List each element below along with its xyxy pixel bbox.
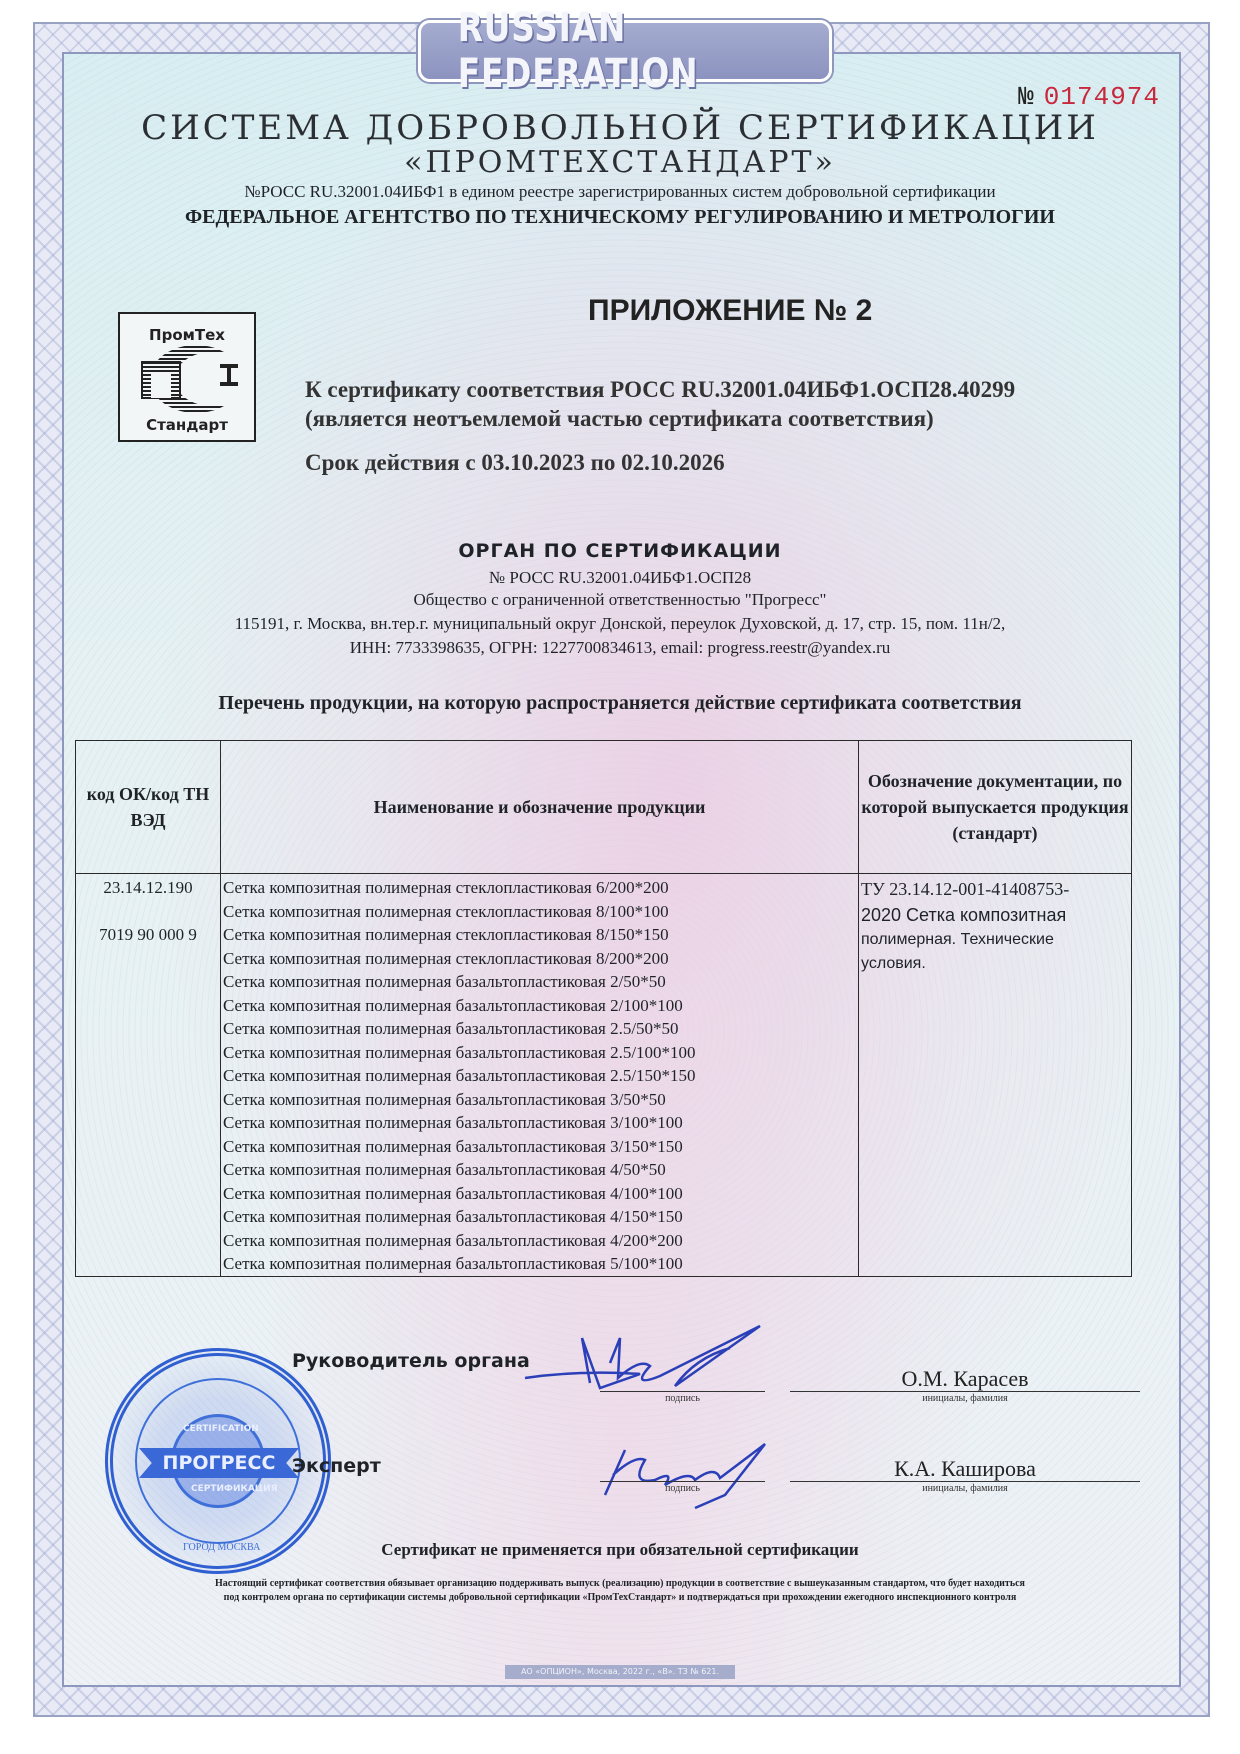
expert-name-caption: инициалы, фамилия [790,1483,1140,1494]
table-row: 23.14.12.190 7019 90 000 9 Сетка компози… [76,874,1132,1277]
banner-text: RUSSIAN FEDERATION [458,5,793,97]
list-item: Сетка композитная полимерная базальтопла… [223,994,858,1018]
system-name: «ПРОМТЕХСТАНДАРТ» [0,145,1240,180]
tnved-code: 7019 90 000 9 [77,923,219,947]
list-item: Сетка композитная полимерная стеклопласт… [223,947,858,971]
expert-label: Эксперт [292,1455,381,1477]
logo-icon: ПромТех Стандарт [120,314,254,440]
fine-print-line2: под контролем органа по сертификации сис… [0,1591,1240,1605]
list-item: Сетка композитная полимерная базальтопла… [223,1158,858,1182]
list-item: Сетка композитная полимерная базальтопла… [223,1205,858,1229]
promtechstandart-logo: ПромТех Стандарт [118,312,256,442]
header-code: код ОК/код ТН ВЭД [76,741,221,874]
list-item: Сетка композитная полимерная базальтопла… [223,1111,858,1135]
certification-body-heading: ОРГАН ПО СЕРТИФИКАЦИИ [0,540,1240,562]
cert-ref-line2: (является неотъемлемой частью сертификат… [305,404,1015,433]
head-label: Руководитель органа [292,1350,530,1372]
mandatory-note: Сертификат не применяется при обязательн… [0,1540,1240,1560]
head-name: О.М. Карасев [790,1366,1140,1392]
certification-body-number: № РОСС RU.32001.04ИБФ1.ОСП28 [0,568,1240,588]
list-item: Сетка композитная полимерная базальтопла… [223,1252,858,1276]
header-name: Наименование и обозначение продукции [221,741,859,874]
list-item: Сетка композитная полимерная стеклопласт… [223,923,858,947]
list-item: Сетка композитная полимерная базальтопла… [223,970,858,994]
certificate-reference: К сертификату соответствия РОСС RU.32001… [305,375,1015,433]
standard-line3: полимерная. Технические [861,928,1129,952]
stamp-lower-text: СЕРТИФИКАЦИЯ [191,1484,278,1494]
okpd-code: 23.14.12.190 [77,876,219,900]
appendix-title: ПРИЛОЖЕНИЕ № 2 [588,294,872,328]
list-item: Сетка композитная полимерная стеклопласт… [223,900,858,924]
standard-line2: 2020 Сетка композитная [861,902,1129,928]
logo-bottom-text: Стандарт [146,416,228,434]
registry-line: №РОСС RU.32001.04ИБФ1 в едином реестре з… [0,182,1240,202]
printer-imprint: АО «ОПЦИОН», Москва, 2022 г., «В». ТЗ № … [505,1665,735,1679]
expert-name-line [790,1481,1140,1482]
list-item: Сетка композитная полимерная базальтопла… [223,1017,858,1041]
expert-signature [595,1440,775,1510]
country-banner: RUSSIAN FEDERATION [418,20,832,82]
system-title: СИСТЕМА ДОБРОВОЛЬНОЙ СЕРТИФИКАЦИИ [0,108,1240,148]
standard-line1: ТУ 23.14.12-001-41408753- [861,876,1129,902]
list-item: Сетка композитная полимерная базальтопла… [223,1182,858,1206]
stamp-center-text: ПРОГРЕСС [139,1448,299,1478]
table-header-row: код ОК/код ТН ВЭД Наименование и обознач… [76,741,1132,874]
expert-signature-caption: подпись [600,1483,765,1494]
standard-cell: ТУ 23.14.12-001-41408753- 2020 Сетка ком… [859,874,1132,1277]
list-item: Сетка композитная полимерная базальтопла… [223,1135,858,1159]
head-signature-caption: подпись [600,1393,765,1404]
list-item: Сетка композитная полимерная базальтопла… [223,1229,858,1253]
expert-name: К.А. Каширова [790,1456,1140,1482]
validity-period: Срок действия с 03.10.2023 по 02.10.2026 [305,450,725,476]
agency-name: ФЕДЕРАЛЬНОЕ АГЕНТСТВО ПО ТЕХНИЧЕСКОМУ РЕ… [0,206,1240,229]
standard-line4: условия. [861,952,1129,976]
header-standard: Обозначение документации, по которой вып… [859,741,1132,874]
list-item: Сетка композитная полимерная стеклопласт… [223,876,858,900]
certification-body-address: 115191, г. Москва, вн.тер.г. муниципальн… [0,614,1240,634]
list-item: Сетка композитная полимерная базальтопла… [223,1064,858,1088]
expert-signature-line [600,1481,765,1482]
certification-body-name: Общество с ограниченной ответственностью… [0,590,1240,610]
cert-ref-line1: К сертификату соответствия РОСС RU.32001… [305,375,1015,404]
product-list-title: Перечень продукции, на которую распростр… [0,692,1240,715]
stamp-upper-text: CERTIFICATION [183,1424,259,1434]
list-item: Сетка композитная полимерная базальтопла… [223,1088,858,1112]
codes-cell: 23.14.12.190 7019 90 000 9 [76,874,221,1277]
names-cell: Сетка композитная полимерная стеклопласт… [221,874,859,1277]
logo-top-text: ПромТех [149,326,225,344]
list-item: Сетка композитная полимерная базальтопла… [223,1041,858,1065]
fine-print-line1: Настоящий сертификат соответствия обязыв… [0,1577,1240,1591]
head-name-line [790,1391,1140,1392]
certification-body-ids: ИНН: 7733398635, ОГРН: 1227700834613, em… [0,638,1240,658]
head-signature-line [600,1391,765,1392]
head-name-caption: инициалы, фамилия [790,1393,1140,1404]
products-table: код ОК/код ТН ВЭД Наименование и обознач… [75,740,1132,1277]
